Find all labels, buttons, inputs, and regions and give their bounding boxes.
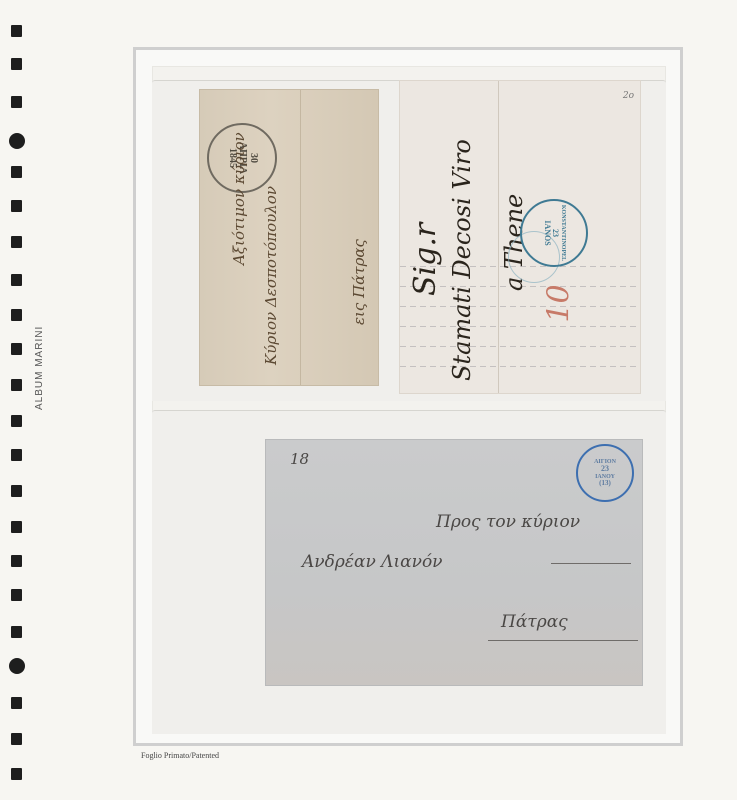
binder-hole <box>11 449 22 461</box>
address-line-1: Sig.r <box>408 223 443 296</box>
binder-hole <box>11 166 22 178</box>
binder-hole <box>9 133 25 149</box>
binder-hole <box>11 485 22 497</box>
postmark-2: KONSTANTINOPEL 23 IANOS <box>520 199 588 267</box>
binder-hole <box>11 379 22 391</box>
footer-credit: Foglio Primato/Patented <box>141 751 219 760</box>
postmark-day: 23 <box>551 229 559 237</box>
binder-hole <box>11 768 22 780</box>
binder-hole <box>11 733 22 745</box>
binder-hole <box>11 626 22 638</box>
binder-hole <box>11 236 22 248</box>
binder-hole <box>11 200 22 212</box>
postmark-day: 23 <box>601 465 609 473</box>
postmark-number: (13) <box>599 480 611 487</box>
postmark-day: 30 <box>247 153 258 163</box>
binder-hole <box>11 25 22 37</box>
postmark-text: KONSTANTINOPEL <box>559 205 565 261</box>
address-line-2: Ανδρέαν Λιανόν <box>302 552 443 572</box>
binder-hole <box>11 309 22 321</box>
postmark-3: ΑΙΓΙΟΝ 23 ΙΑΝΟΥ (13) <box>576 444 634 502</box>
binder-hole <box>11 96 22 108</box>
binder-holes <box>11 0 25 800</box>
postal-cover-1: 30 ΑΠΡΙΛ 1845 Αξιότιμον κύριον Κύριον Δε… <box>200 90 378 385</box>
fold-line <box>300 90 301 385</box>
binder-hole <box>11 274 22 286</box>
postal-cover-3: 18 ΑΙΓΙΟΝ 23 ΙΑΝΟΥ (13) Προς τον κύριον … <box>266 440 642 685</box>
binder-hole <box>11 521 22 533</box>
address-line-1: Αξιότιμον κύριον <box>230 132 248 265</box>
address-line-1: Προς τον κύριον <box>436 512 580 532</box>
binder-hole <box>11 415 22 427</box>
corner-note: 18 <box>290 450 309 468</box>
corner-note: 2o <box>623 91 634 101</box>
binder-hole <box>11 58 22 70</box>
underline <box>488 640 638 641</box>
binder-hole <box>11 589 22 601</box>
underline <box>551 563 631 564</box>
postmark-month: IANOS <box>542 220 550 245</box>
address-line-2: Κύριον Δεσποτόπουλον <box>262 186 280 365</box>
binder-hole <box>11 343 22 355</box>
binder-hole <box>9 658 25 674</box>
binder-hole <box>11 555 22 567</box>
album-side-label: ALBUM MARINI <box>34 326 45 410</box>
address-line-2: Stamati Decosi Viro <box>448 139 476 381</box>
address-line-3: εις Πάτρας <box>350 239 368 325</box>
postal-cover-2: Sig.r Stamati Decosi Viro a Thene KONSTA… <box>400 81 640 393</box>
charge-mark: 10 <box>542 284 577 322</box>
address-line-3: Πάτρας <box>501 612 568 632</box>
binder-hole <box>11 697 22 709</box>
